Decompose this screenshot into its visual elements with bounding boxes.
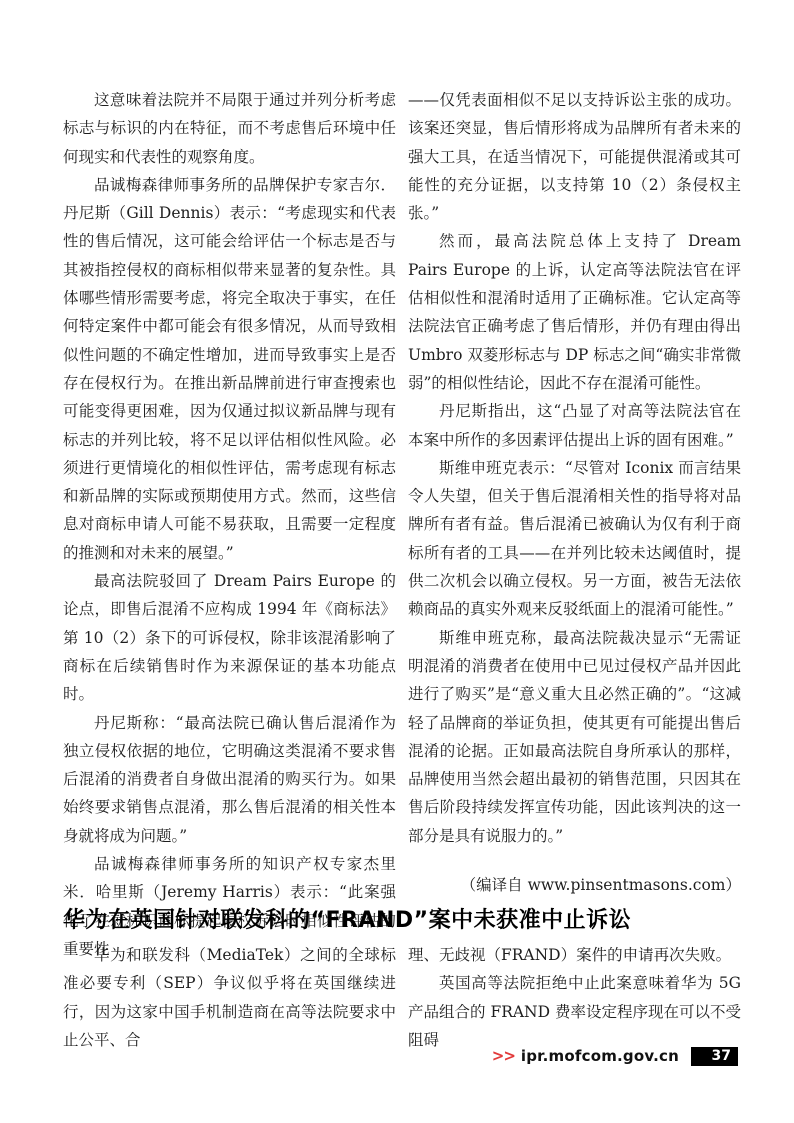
- paragraph: ——仅凭表面相似不足以支持诉讼主张的成功。该案还突显，售后情形将成为品牌所有者未…: [408, 86, 741, 227]
- paragraph: 品诚梅森律师事务所的品牌保护专家吉尔．丹尼斯（Gill Dennis）表示：“考…: [63, 171, 396, 567]
- paragraph: 丹尼斯指出，这“凸显了对高等法院法官在本案中所作的多因素评估提出上诉的固有困难。…: [408, 397, 741, 454]
- article1-left-column: 这意味着法院并不局限于通过并列分析考虑标志与标识的内在特征，而不考虑售后环境中任…: [63, 86, 396, 963]
- page-footer: >> ipr.mofcom.gov.cn 37: [492, 1046, 738, 1066]
- paragraph: 斯维申班克表示：“尽管对 Iconix 而言结果令人失望，但关于售后混淆相关性的…: [408, 454, 741, 624]
- paragraph: 华为和联发科（MediaTek）之间的全球标准必要专利（SEP）争议似乎将在英国…: [63, 941, 396, 1054]
- footer-site-url: ipr.mofcom.gov.cn: [521, 1046, 679, 1066]
- article-huawei-frand-body: 华为和联发科（MediaTek）之间的全球标准必要专利（SEP）争议似乎将在英国…: [63, 941, 741, 1054]
- paragraph: 丹尼斯称：“最高法院已确认售后混淆作为独立侵权依据的地位，它明确这类混淆不要求售…: [63, 709, 396, 850]
- paragraph: 斯维申班克称，最高法院裁决显示“无需证明混淆的消费者在使用中已见过侵权产品并因此…: [408, 624, 741, 850]
- article-dream-pairs-body: 这意味着法院并不局限于通过并列分析考虑标志与标识的内在特征，而不考虑售后环境中任…: [63, 86, 741, 963]
- paragraph: 最高法院驳回了 Dream Pairs Europe 的论点，即售后混淆不应构成…: [63, 567, 396, 708]
- double-chevron-icon: >>: [492, 1046, 515, 1067]
- source-attribution: （编译自 www.pinsentmasons.com）: [408, 871, 741, 899]
- paragraph: 英国高等法院拒绝中止此案意味着华为 5G 产品组合的 FRAND 费率设定程序现…: [408, 969, 741, 1054]
- article2-right-column: 理、无歧视（FRAND）案件的申请再次失败。 英国高等法院拒绝中止此案意味着华为…: [408, 941, 741, 1054]
- article1-right-column: ——仅凭表面相似不足以支持诉讼主张的成功。该案还突显，售后情形将成为品牌所有者未…: [408, 86, 741, 963]
- magazine-page: 这意味着法院并不局限于通过并列分析考虑标志与标识的内在特征，而不考虑售后环境中任…: [0, 0, 794, 1123]
- article2-left-column: 华为和联发科（MediaTek）之间的全球标准必要专利（SEP）争议似乎将在英国…: [63, 941, 396, 1054]
- paragraph: 这意味着法院并不局限于通过并列分析考虑标志与标识的内在特征，而不考虑售后环境中任…: [63, 86, 396, 171]
- page-number-badge: 37: [691, 1047, 738, 1066]
- paragraph: 理、无歧视（FRAND）案件的申请再次失败。: [408, 941, 741, 969]
- article2-title: 华为在英国针对联发科的“FRAND”案中未获准中止诉讼: [63, 906, 631, 936]
- paragraph: 然而，最高法院总体上支持了 Dream Pairs Europe 的上诉，认定高…: [408, 227, 741, 397]
- page-number: 37: [712, 1046, 731, 1066]
